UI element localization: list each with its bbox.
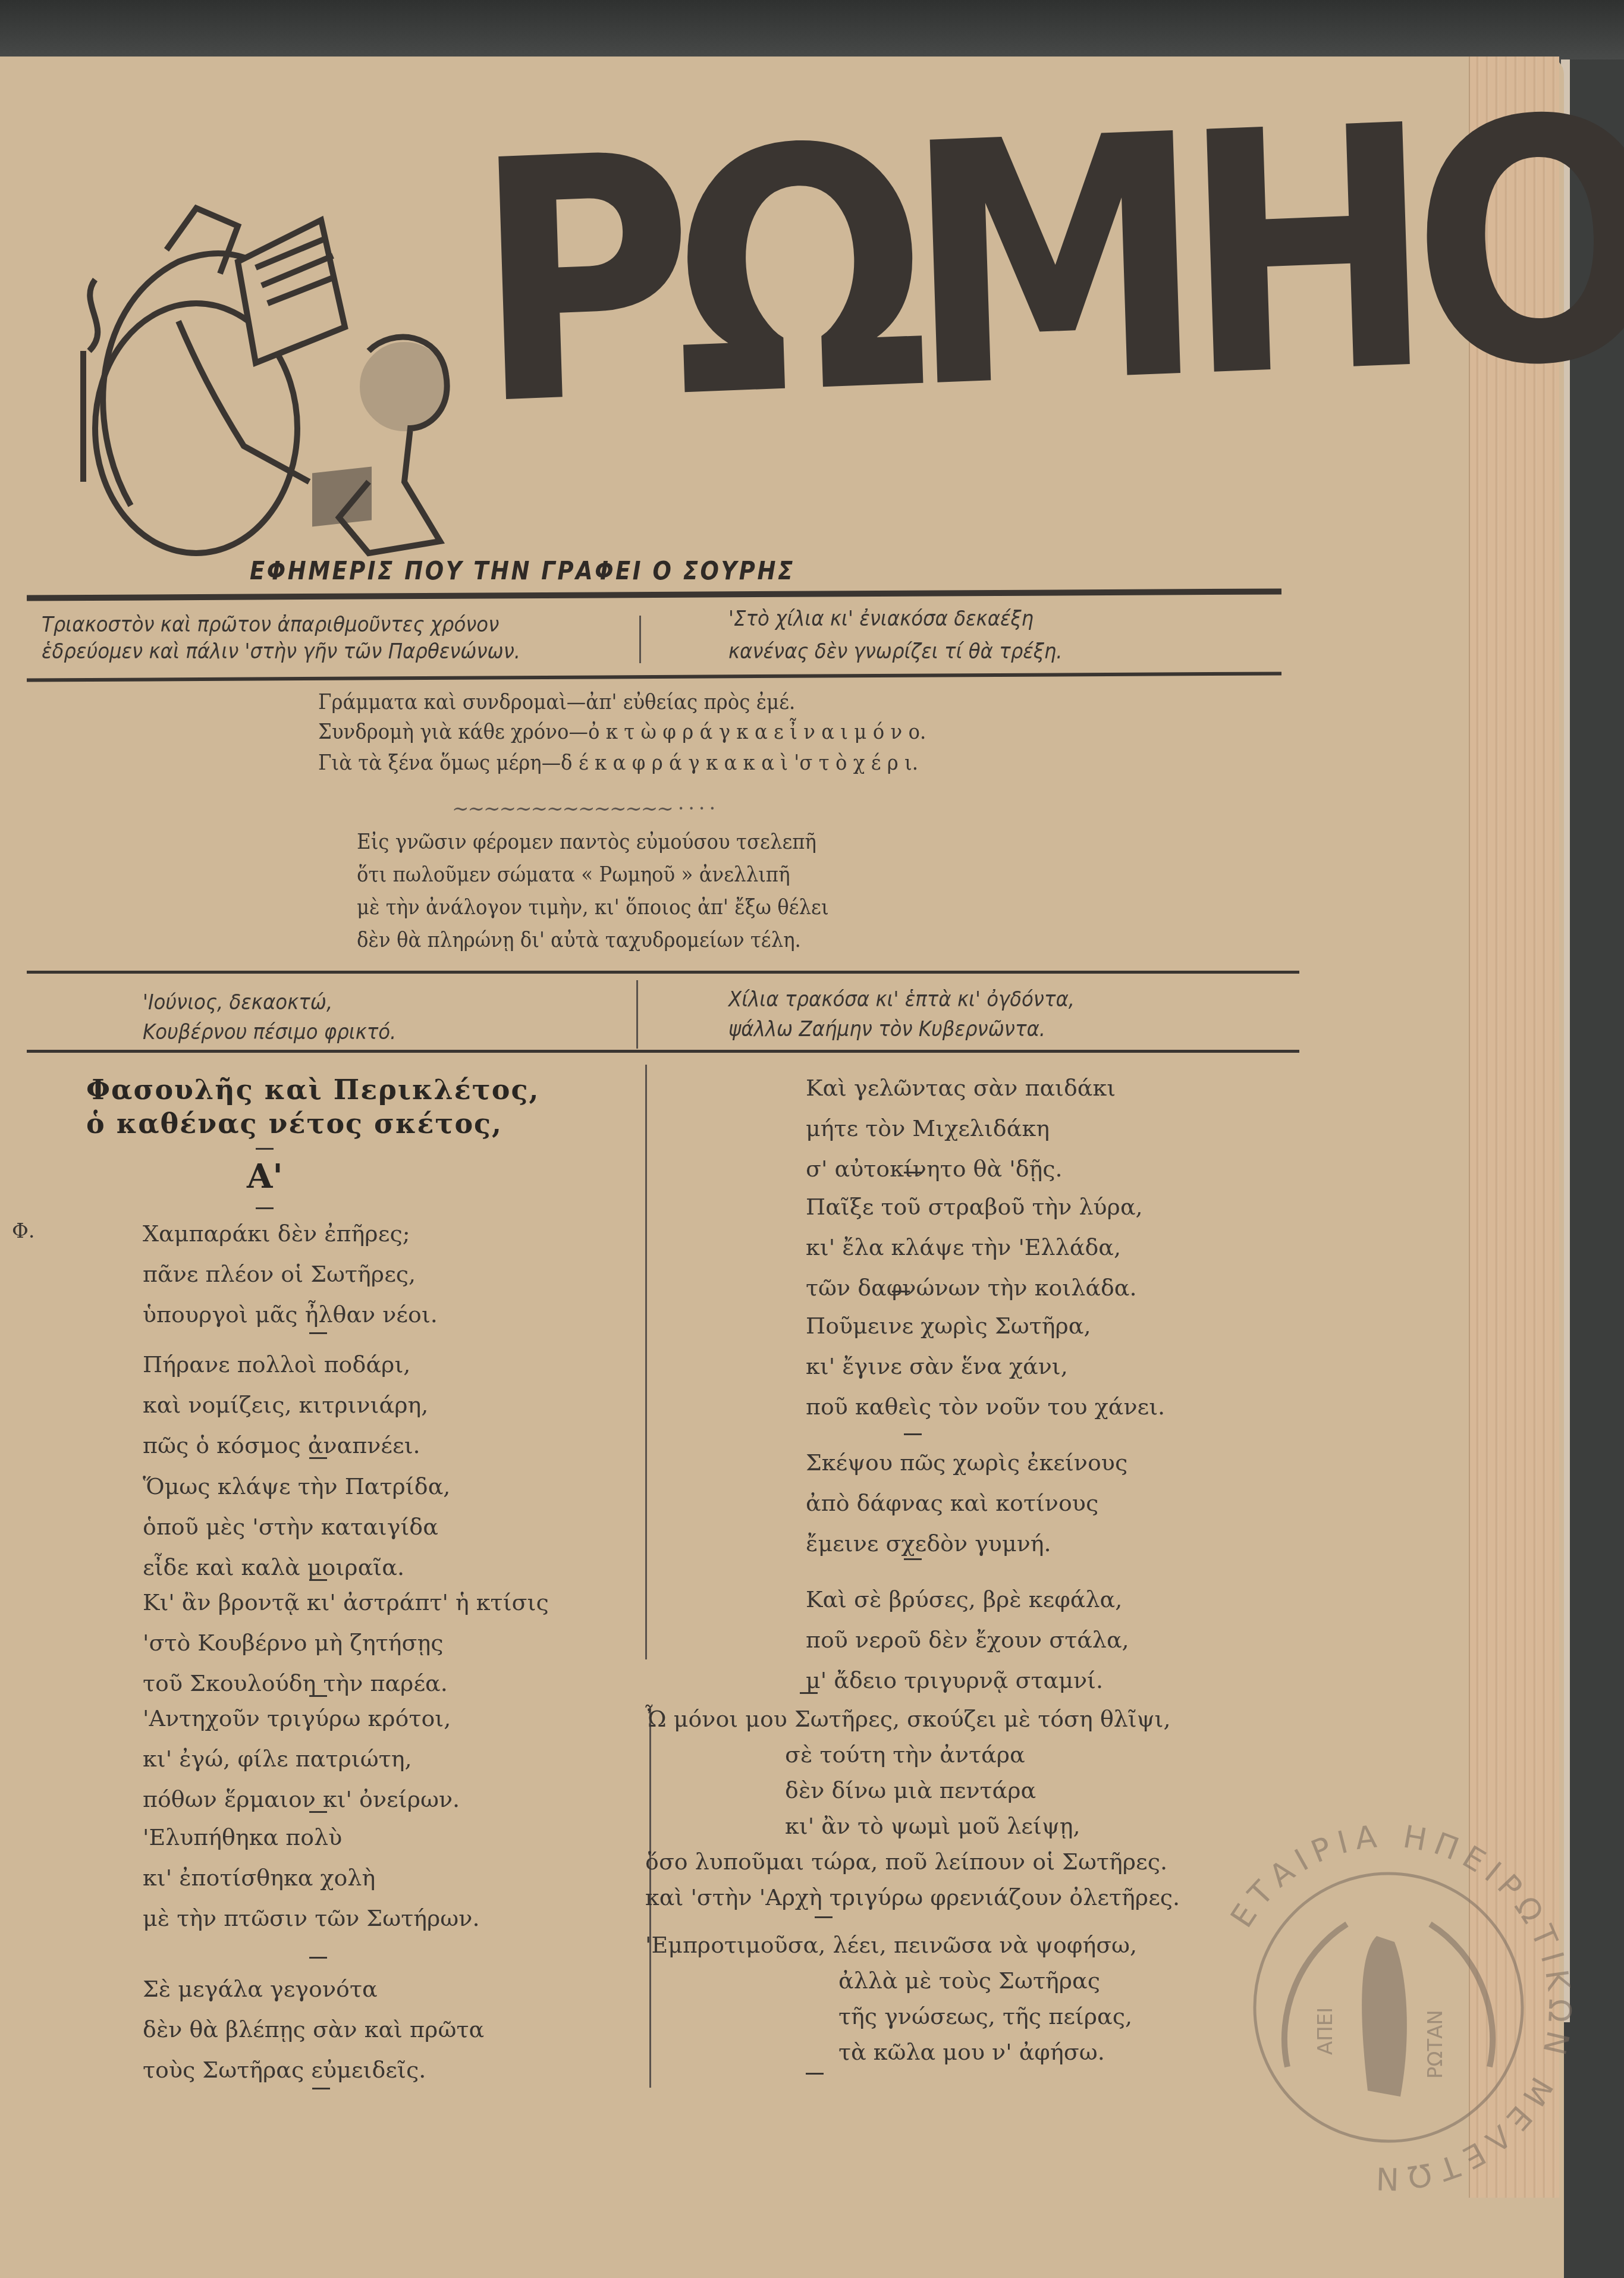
dash <box>892 1291 910 1292</box>
book-binding-top <box>0 0 1624 65</box>
masthead: ΡΩΜΗΟΣ <box>54 107 1243 559</box>
dateline-divider <box>636 980 638 1049</box>
masthead-subtitle: ΕΦΗΜΕΡΙΣ ΠΟΥ ΤΗΝ ΓΡΑΦΕΙ Ο ΣΟΥΡΗΣ <box>250 556 795 585</box>
dateline-rule-bottom <box>27 1050 1299 1053</box>
left-stanza-5: 'Αντηχοῦν τριγύρω κρότοι,κι' ἐγώ, φίλε π… <box>143 1698 460 1819</box>
dash <box>806 2073 824 2075</box>
subscription-line-1: Γράμματα καὶ συνδρομαὶ—ἀπ' εὐθείας πρὸς … <box>318 690 795 714</box>
subscription-line-2: Συνδρομὴ γιὰ κάθε χρόνο—ὀ κ τ ὼ φ ρ ά γ … <box>318 720 926 744</box>
dateline-right-1: Χίλια τρακόσα κι' ἑπτὰ κι' ὀγδόντα, <box>728 987 1075 1012</box>
dateline-rule-top <box>27 971 1299 974</box>
masthead-title: ΡΩΜΗΟΣ <box>470 67 1624 452</box>
header-verse-left-1: Τριακοστὸν καὶ πρῶτον ἀπαριθμοῦντες χρόν… <box>42 613 499 637</box>
left-stanza-1: Χαμπαράκι δὲν ἐπῆρες;πᾶνε πλέον οἱ Σωτῆρ… <box>143 1213 438 1335</box>
header-verse-left-2: ἑδρεύομεν καὶ πάλιν 'στὴν γῆν τῶν Παρθεν… <box>42 639 520 664</box>
dash <box>904 1558 922 1560</box>
header-divider <box>639 616 641 663</box>
dash <box>904 1433 922 1435</box>
dash <box>815 1916 833 1918</box>
ode-stanza-2: 'Εμπροτιμοῦσα, λέει, πεινῶσα νὰ ψοφήσω, … <box>645 1927 1137 2070</box>
notice-line-2: ὅτι πωλοῦμεν σώματα « Ρωμηοῦ » ἀνελλιπῆ <box>357 862 790 887</box>
dateline-left-1: 'Ιούνιος, δεκαοκτώ, <box>143 990 332 1015</box>
header-verse-right-2: κανένας δὲν γνωρίζει τί θὰ τρέξη. <box>728 639 1063 664</box>
woodcut-illustration-icon <box>59 172 464 559</box>
dash <box>800 1692 818 1694</box>
dateline-left-2: Κουβέρνου πέσιμο φρικτό. <box>143 1020 396 1044</box>
dash <box>256 1148 274 1150</box>
svg-text:ΑΠΕΙ: ΑΠΕΙ <box>1314 2007 1337 2055</box>
right-stanza-1: Καὶ γελῶντας σὰν παιδάκιμήτε τὸν Μιχελιδ… <box>806 1068 1116 1189</box>
library-stamp-icon: ΕΤΑΙΡΙΑ ΗΠΕΙΡΩΤΙΚΩΝ ΜΕΛΕΤΩΝ ΑΠΕΙ ΡΩΤΑΝ <box>1198 1817 1579 2198</box>
left-stanza-7: Σὲ μεγάλα γεγονόταδὲν θὰ βλέπῃς σὰν καὶ … <box>143 1969 484 2090</box>
dash <box>309 1957 327 1959</box>
dash <box>904 1172 922 1173</box>
section-mark: Α' <box>247 1157 283 1196</box>
notice-line-1: Εἰς γνῶσιν φέρομεν παντὸς εὐμούσου τσελε… <box>357 830 816 854</box>
notice-line-3: μὲ τὴν ἀνάλογον τιμὴν, κι' ὅποιος ἀπ' ἔξ… <box>357 895 829 920</box>
column-divider <box>645 1065 647 1659</box>
left-stanza-3: Ὅμως κλάψε τὴν Πατρίδα,ὁποῦ μὲς 'στὴν κα… <box>143 1466 450 1587</box>
dash <box>309 1579 327 1581</box>
poem-title-line-2: ὁ καθένας νέτος σκέτος, <box>86 1107 502 1140</box>
dash <box>309 1332 327 1334</box>
speaker-label: Φ. <box>12 1219 35 1243</box>
right-stanza-3: Ποῦμεινε χωρὶς Σωτῆρα,κι' ἔγινε σὰν ἕνα … <box>806 1306 1165 1427</box>
dash <box>309 1811 327 1813</box>
dash <box>309 1695 327 1697</box>
wavy-divider: ∼∼∼∼∼∼∼∼∼∼∼∼∼∼ · · · · <box>452 797 714 821</box>
left-stanza-6: 'Ελυπήθηκα πολὺκι' ἐποτίσθηκα χολὴμὲ τὴν… <box>143 1817 479 1938</box>
header-verse-right-1: 'Στὸ χίλια κι' ἐνιακόσα δεκαέξη <box>728 607 1034 631</box>
left-stanza-2: Πήρανε πολλοὶ ποδάρι,καὶ νομίζεις, κιτρι… <box>143 1344 428 1466</box>
left-stanza-4: Κι' ἂν βροντᾷ κι' ἀστράπτ' ἡ κτίσις'στὸ … <box>143 1582 549 1703</box>
dash <box>256 1207 274 1209</box>
right-stanza-4: Σκέψου πῶς χωρὶς ἐκείνουςἀπὸ δάφνας καὶ … <box>806 1442 1127 1564</box>
svg-text:ΡΩΤΑΝ: ΡΩΤΑΝ <box>1424 2010 1447 2079</box>
notice-line-4: δὲν θὰ πληρώνῃ δι' αὐτὰ ταχυδρομείων τέλ… <box>357 928 801 952</box>
ode-stanza-1: Ὦ μόνοι μου Σωτῆρες, σκούζει μὲ τόση θλῖ… <box>645 1701 1180 1915</box>
poem-title-line-1: Φασουλῆς καὶ Περικλέτος, <box>86 1074 539 1106</box>
right-stanza-5: Καὶ σὲ βρύσες, βρὲ κεφάλα,ποῦ νεροῦ δὲν … <box>806 1579 1129 1700</box>
dateline-right-2: ψάλλω Ζαήμην τὸν Κυβερνῶντα. <box>728 1017 1045 1041</box>
dash <box>309 1457 327 1459</box>
subscription-line-3: Γιὰ τὰ ξένα ὅμως μέρη—δ έ κ α φ ρ ά γ κ … <box>318 751 918 775</box>
right-stanza-2: Παῖξε τοῦ στραβοῦ τὴν λύρα,κι' ἔλα κλάψε… <box>806 1187 1143 1308</box>
dash <box>312 2088 330 2089</box>
